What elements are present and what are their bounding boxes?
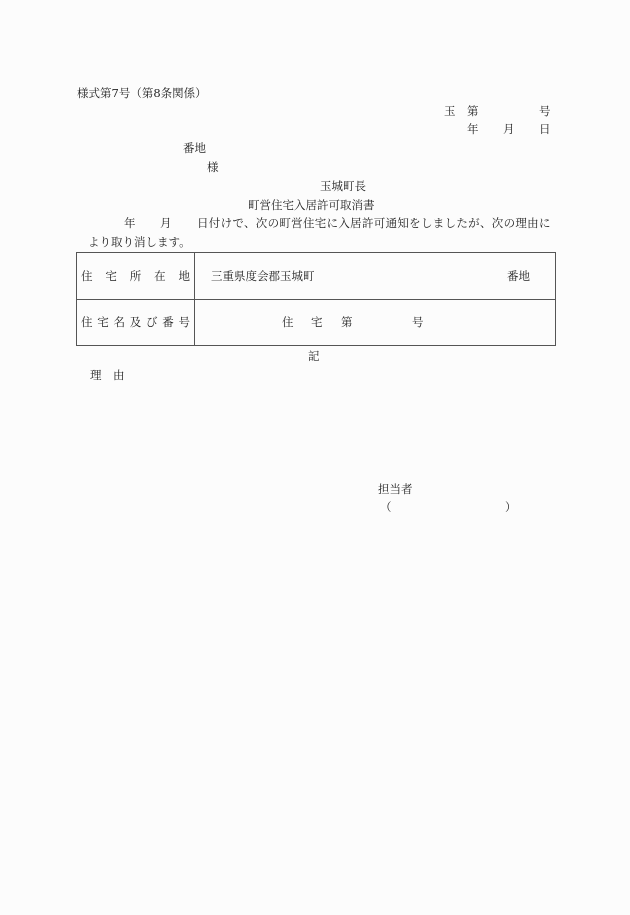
label-char: 住	[81, 268, 93, 284]
label-char: 号	[179, 314, 191, 330]
label-char: 宅	[97, 314, 109, 330]
recipient-address: 番地	[183, 141, 206, 155]
table-row-address: 住 宅 所 在 地 三重県度会郡玉城町 番地	[77, 253, 555, 300]
value-housing-name-number: 住 宅 第 号	[196, 299, 555, 345]
date-month: 月	[503, 122, 515, 136]
contact-label: 担当者	[378, 482, 413, 496]
document-title: 町営住宅入居許可取消書	[248, 198, 375, 212]
label-char: 地	[179, 268, 191, 284]
reference-go: 号	[539, 104, 551, 118]
body-line1: 日付けで、次の町営住宅に入居許可通知をしましたが、次の理由に	[197, 216, 551, 230]
housing-dai: 第	[341, 315, 353, 329]
body-line2: より取り消します。	[88, 235, 191, 249]
label-housing-location: 住 宅 所 在 地	[77, 253, 195, 299]
label-char: 在	[154, 268, 166, 284]
reference-prefix: 玉	[444, 104, 456, 118]
date-day: 日	[539, 122, 551, 136]
table-row-housing-name: 住 宅 名 及 び 番 号 住 宅 第 号	[77, 299, 555, 345]
address-value: 三重県度会郡玉城町	[211, 269, 315, 283]
reason-label: 理 由	[90, 368, 125, 382]
label-char: 所	[130, 268, 142, 284]
label-char: 宅	[105, 268, 117, 284]
value-housing-location: 三重県度会郡玉城町 番地	[196, 253, 555, 299]
reference-dai: 第	[467, 104, 479, 118]
housing-info-table: 住 宅 所 在 地 三重県度会郡玉城町 番地 住 宅 名 及 び 番 号 住 宅…	[76, 252, 556, 346]
label-char: 名	[114, 314, 126, 330]
date-year: 年	[467, 122, 479, 136]
body-month: 月	[160, 216, 172, 230]
form-number: 様式第7号（第8条関係）	[77, 86, 207, 100]
housing-label: 住 宅	[282, 315, 326, 329]
label-housing-name-number: 住 宅 名 及 び 番 号	[77, 299, 195, 345]
label-char: 番	[162, 314, 174, 330]
label-char: び	[146, 314, 158, 330]
ki-heading: 記	[308, 349, 320, 363]
recipient-honorific: 様	[207, 160, 219, 174]
contact-open-paren: （	[380, 500, 392, 514]
body-year: 年	[124, 216, 136, 230]
address-banchi: 番地	[507, 269, 530, 283]
contact-close-paren: ）	[505, 500, 517, 514]
housing-go: 号	[412, 315, 424, 329]
issuer: 玉城町長	[320, 179, 366, 193]
label-char: 及	[130, 314, 142, 330]
label-char: 住	[81, 314, 93, 330]
